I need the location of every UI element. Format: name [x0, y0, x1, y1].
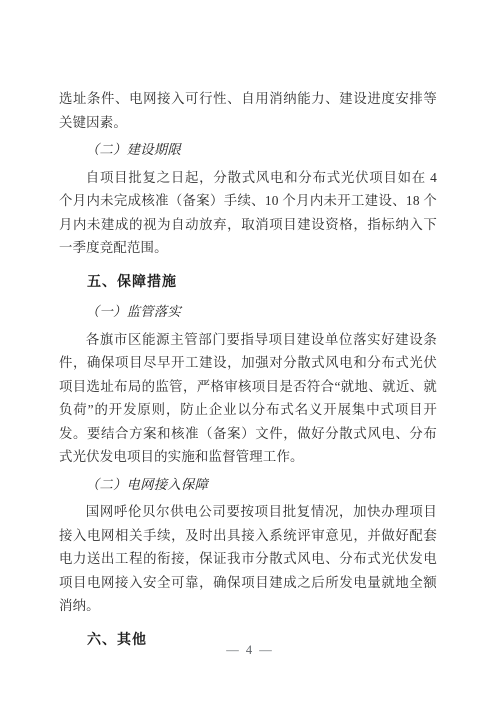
paragraph-grid-connection: 国网呼伦贝尔供电公司要按项目批复情况，加快办理项目接入电网相关手续，及时出具接入… [59, 500, 437, 618]
sub-heading-construction-deadline: （二）建设期限 [59, 138, 437, 162]
sub-heading-supervision-implementation: （一）监管落实 [59, 300, 437, 324]
page-number: — 4 — [0, 643, 500, 658]
document-body: 选址条件、电网接入可行性、自用消纳能力、建设进度安排等关键因素。 （二）建设期限… [59, 87, 437, 658]
paragraph-deadline-rules: 自项目批复之日起，分散式风电和分布式光伏项目如在 4 个月内未完成核准（备案）手… [59, 166, 437, 260]
paragraph-supervision: 各旗市区能源主管部门要指导项目建设单位落实好建设条件，确保项目尽早开工建设，加强… [59, 328, 437, 469]
sub-heading-grid-connection-guarantee: （二）电网接入保障 [59, 473, 437, 497]
document-page: 选址条件、电网接入可行性、自用消纳能力、建设进度安排等关键因素。 （二）建设期限… [0, 0, 500, 707]
section-heading-safeguard-measures: 五、保障措施 [59, 270, 437, 294]
paragraph-continuation: 选址条件、电网接入可行性、自用消纳能力、建设进度安排等关键因素。 [59, 87, 437, 134]
